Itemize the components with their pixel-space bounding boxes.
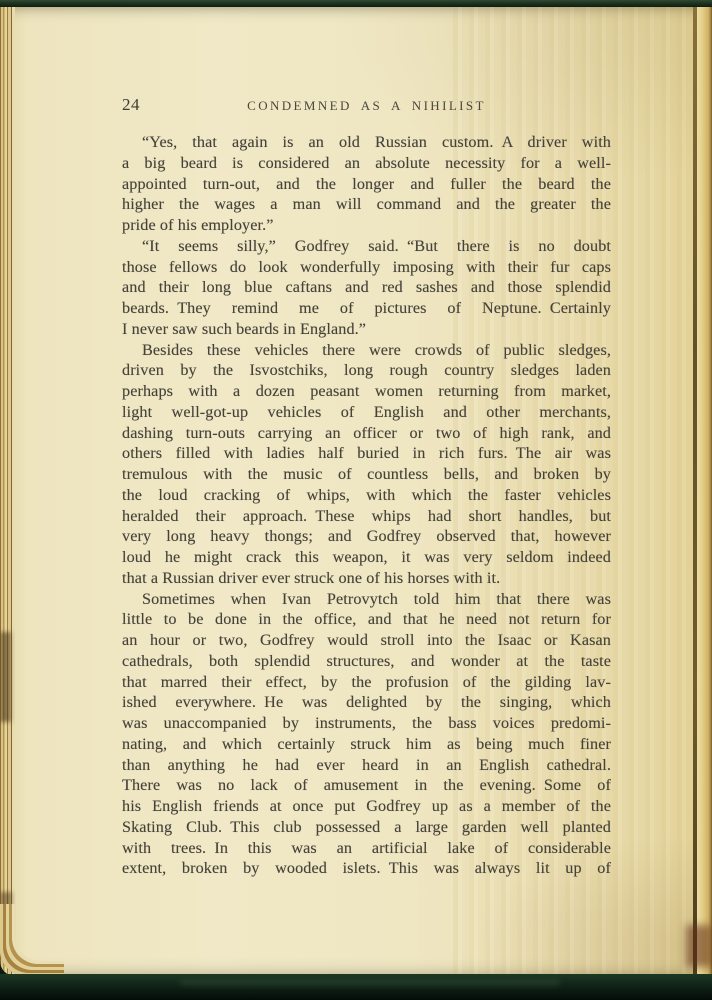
page-text-block: 24 CONDEMNED AS A NIHILIST “Yes, that ag… <box>122 95 611 879</box>
text-line: perhaps with a dozen peasant women retur… <box>122 381 611 402</box>
text-line: dashing turn-outs carrying an officer or… <box>122 423 611 444</box>
text-line: with trees. In this was an artificial la… <box>122 838 611 859</box>
text-line: and their long blue caftans and red sash… <box>122 277 611 298</box>
text-line: heralded their approach. These whips had… <box>122 506 611 527</box>
text-line: was unaccompanied by instruments, the ba… <box>122 713 611 734</box>
text-line: nating, and which certainly struck him a… <box>122 734 611 755</box>
corner-shadow <box>686 925 712 967</box>
text-line: Besides these vehicles there were crowds… <box>122 340 611 361</box>
text-line: an hour or two, Godfrey would stroll int… <box>122 630 611 651</box>
text-line: little to be done in the office, and tha… <box>122 609 611 630</box>
text-line: extent, broken by wooded islets. This wa… <box>122 858 611 879</box>
text-line: a big beard is considered an absolute ne… <box>122 153 611 174</box>
page-header: 24 CONDEMNED AS A NIHILIST <box>122 95 611 115</box>
text-line: others filled with ladies half buried in… <box>122 443 611 464</box>
text-line: appointed turn-out, and the longer and f… <box>122 174 611 195</box>
left-page-edge-stack <box>0 7 15 976</box>
text-line: tremulous with the music of countless be… <box>122 464 611 485</box>
text-line: ished everywhere. He was delighted by th… <box>122 692 611 713</box>
text-body: “Yes, that again is an old Russian custo… <box>122 132 611 879</box>
text-line: those fellows do look wonderfully imposi… <box>122 257 611 278</box>
text-line: “It seems silly,” Godfrey said. “But the… <box>122 236 611 257</box>
page-edge-stain <box>0 632 11 722</box>
text-line: the loud cracking of whips, with which t… <box>122 485 611 506</box>
text-line: Skating Club. This club possessed a larg… <box>122 817 611 838</box>
text-line: light well-got-up vehicles of English an… <box>122 402 611 423</box>
text-line: very long heavy thongs; and Godfrey obse… <box>122 526 611 547</box>
book-page: 24 CONDEMNED AS A NIHILIST “Yes, that ag… <box>0 7 712 976</box>
cover-highlight <box>180 980 560 985</box>
text-line: than anything he had ever heard in an En… <box>122 755 611 776</box>
text-line: Sometimes when Ivan Petrovytch told him … <box>122 589 611 610</box>
text-line: his English friends at once put Godfrey … <box>122 796 611 817</box>
text-line: cathedrals, both splendid structures, an… <box>122 651 611 672</box>
text-line: higher the wages a man will command and … <box>122 194 611 215</box>
text-line: that marred their effect, by the profusi… <box>122 672 611 693</box>
text-line: pride of his employer.” <box>122 215 611 236</box>
text-line: that a Russian driver ever struck one of… <box>122 568 611 589</box>
running-title: CONDEMNED AS A NIHILIST <box>122 98 611 114</box>
scanned-book-page: 24 CONDEMNED AS A NIHILIST “Yes, that ag… <box>0 0 712 1000</box>
text-line: I never saw such beards in England.” <box>122 319 611 340</box>
right-page-edge-stack <box>697 7 712 976</box>
text-line: driven by the Isvostchiks, long rough co… <box>122 360 611 381</box>
book-cover-bottom-edge <box>0 974 712 1000</box>
text-line: There was no lack of amusement in the ev… <box>122 775 611 796</box>
text-line: “Yes, that again is an old Russian custo… <box>122 132 611 153</box>
text-line: beards. They remind me of pictures of Ne… <box>122 298 611 319</box>
stacked-pages-corner <box>0 904 64 976</box>
text-line: loud he might crack this weapon, it was … <box>122 547 611 568</box>
